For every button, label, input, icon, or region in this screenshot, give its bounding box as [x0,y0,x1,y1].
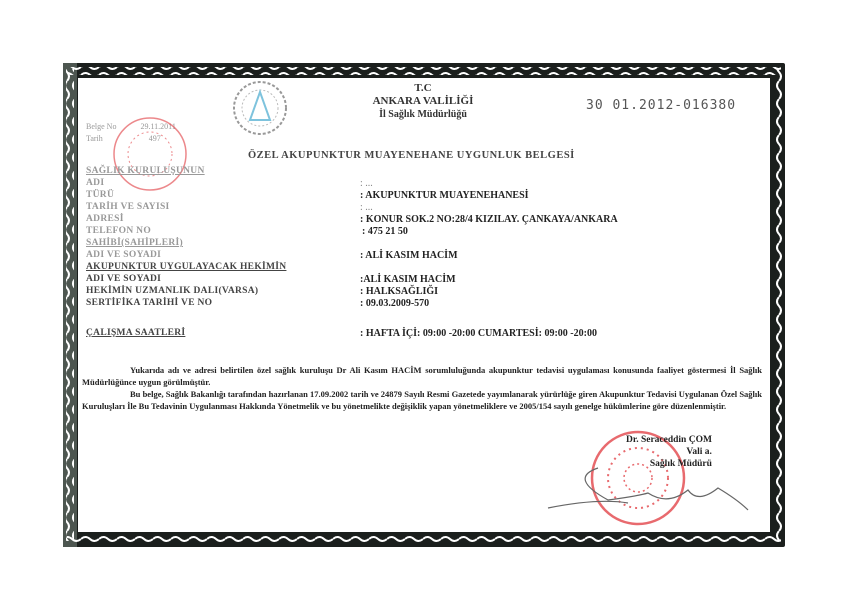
value-telefon: : 475 21 50 [362,226,408,237]
value-specialty: : HALKSAĞLIĞI [360,286,438,297]
owner-section-heading: SAHİBİ(SAHİPLERİ) [86,238,183,248]
label-telefon: TELEFON NO [86,226,151,236]
registry-stamp-number: 30 01.2012-016380 [586,98,736,113]
physician-section-heading: AKUPUNKTUR UYGULAYACAK HEKİMİN [86,262,286,272]
value-adresi: : KONUR SOK.2 NO:28/4 KIZILAY. ÇANKAYA/A… [360,214,618,225]
value-physician-name: :ALİ KASIM HACİM [360,274,456,285]
signatory-title-1: Vali a. [626,446,712,458]
body-paragraph-2: Bu belge, Sağlık Bakanlığı tarafından ha… [82,388,762,412]
paragraph-2-text: Bu belge, Sağlık Bakanlığı tarafından ha… [82,389,762,411]
official-seal-red-icon [102,114,202,194]
working-hours-label: ÇALIŞMA SAATLERİ [86,328,185,338]
label-owner-name: ADI VE SOYADI [86,250,161,260]
label-tarih-sayisi: TARİH VE SAYISI [86,202,170,212]
label-adi: ADI [86,178,104,188]
header-directorate: İl Sağlık Müdürlüğü [348,108,498,121]
value-adi: : ... [360,178,373,189]
document-title: ÖZEL AKUPUNKTUR MUAYENEHANE UYGUNLUK BEL… [248,150,575,161]
tarih-label: Tarih [86,134,103,143]
institution-section-heading: SAĞLIK KURULUŞUNUN [86,166,205,176]
value-turu: : AKUPUNKTUR MUAYENEHANESİ [360,190,529,201]
value-tarih-sayisi: : ... [360,202,373,213]
header-tc: T.C [348,82,498,95]
value-owner-name: : ALİ KASIM HACİM [360,250,458,261]
value-certificate: : 09.03.2009-570 [360,298,429,309]
paragraph-1-text: Yukarıda adı ve adresi belirtilen özel s… [82,365,762,387]
label-physician-name: ADI VE SOYADI [86,274,161,284]
signature-block: Dr. Seraceddin ÇOM Vali a. Sağlık Müdürü [626,434,712,470]
label-specialty: HEKİMİN UZMANLIK DALI(VARSA) [86,286,258,296]
header-block: T.C ANKARA VALİLİĞİ İl Sağlık Müdürlüğü [348,82,498,121]
label-turu: TÜRÜ [86,190,114,200]
signatory-name: Dr. Seraceddin ÇOM [626,434,712,446]
certificate-paper: T.C ANKARA VALİLİĞİ İl Sağlık Müdürlüğü … [78,78,770,532]
header-governorship: ANKARA VALİLİĞİ [348,95,498,108]
institution-stamp-icon [230,78,290,138]
signatory-title-2: Sağlık Müdürü [626,458,712,470]
label-certificate: SERTİFİKA TARİHİ VE NO [86,298,212,308]
working-hours-value: : HAFTA İÇİ: 09:00 -20:00 CUMARTESİ: 09:… [360,328,597,339]
body-paragraph-1: Yukarıda adı ve adresi belirtilen özel s… [82,364,762,388]
label-adresi: ADRESİ [86,214,124,224]
